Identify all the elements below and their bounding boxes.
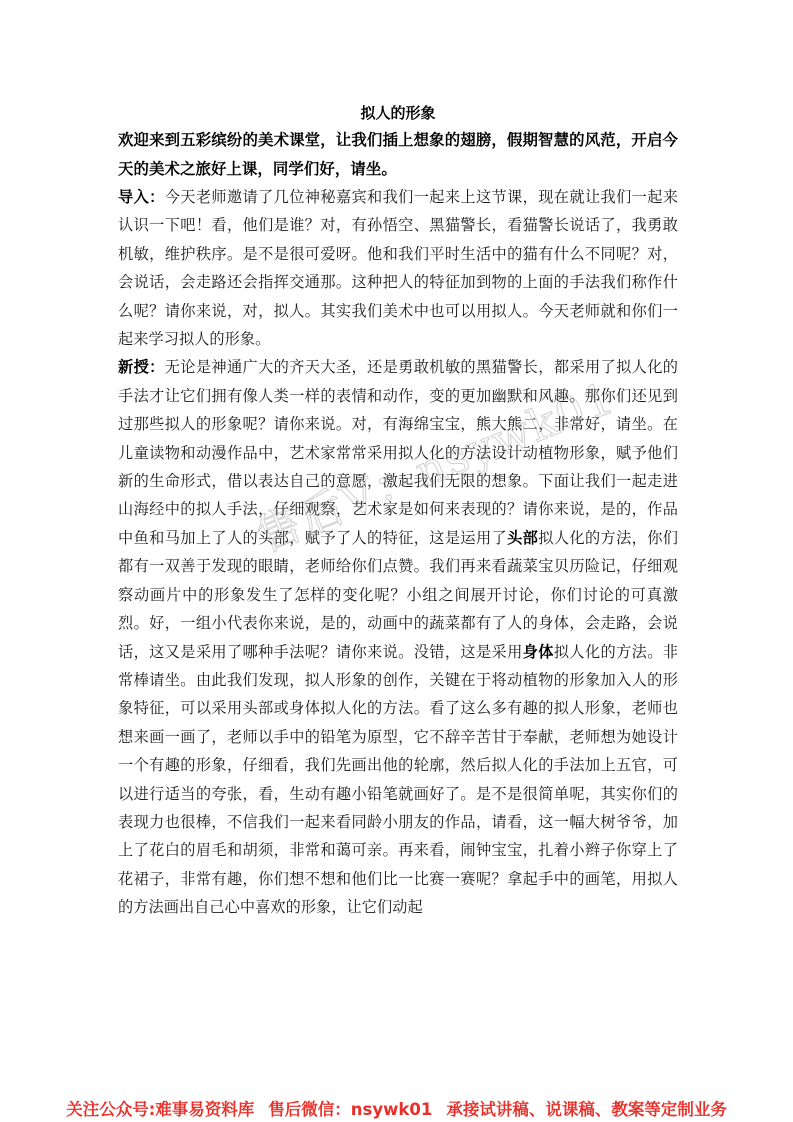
section-intro-paragraph: 导入：今天老师邀请了几位神秘嘉宾和我们一起来上这节课，现在就让我们一起来认识一下…	[118, 183, 678, 353]
document-page: 拟人的形象 欢迎来到五彩缤纷的美术课堂，让我们插上想象的翅膀，假期智慧的风范，开…	[118, 98, 678, 922]
footer-banner: 关注公众号:难事易资料库 售后微信：nsywk01 承接试讲稿、说课稿、教案等定…	[0, 1094, 793, 1122]
emphasis-head: 头部	[507, 529, 538, 547]
new-lesson-text-part2: 拟人化的方法，你们都有一双善于发现的眼睛，老师给你们点赞。我们再来看蔬菜宝贝历险…	[118, 529, 678, 661]
footer-services: 承接试讲稿、说课稿、教案等定制业务	[446, 1096, 727, 1120]
section-intro-text: 今天老师邀请了几位神秘嘉宾和我们一起来上这节课，现在就让我们一起来认识一下吧！看…	[118, 188, 678, 348]
section-label-new-lesson: 新授：	[118, 358, 165, 376]
document-title: 拟人的形象	[118, 98, 678, 126]
footer-wechat-account: 关注公众号:难事易资料库	[66, 1096, 254, 1120]
footer-support-wechat: 售后微信：nsywk01	[268, 1096, 432, 1120]
intro-paragraph: 欢迎来到五彩缤纷的美术课堂，让我们插上想象的翅膀，假期智慧的风范，开启今天的美术…	[118, 126, 678, 183]
section-label-intro: 导入：	[118, 188, 165, 206]
emphasis-body: 身体	[523, 643, 554, 661]
section-new-lesson-paragraph: 新授：无论是神通广大的齐天大圣，还是勇敢机敏的黑猫警长，都采用了拟人化的手法才让…	[118, 353, 678, 921]
new-lesson-text-part1: 无论是神通广大的齐天大圣，还是勇敢机敏的黑猫警长，都采用了拟人化的手法才让它们拥…	[118, 358, 678, 546]
new-lesson-text-part3: 拟人化的方法。非常棒请坐。由此我们发现，拟人形象的创作，关键在于将动植物的形象加…	[118, 643, 678, 917]
